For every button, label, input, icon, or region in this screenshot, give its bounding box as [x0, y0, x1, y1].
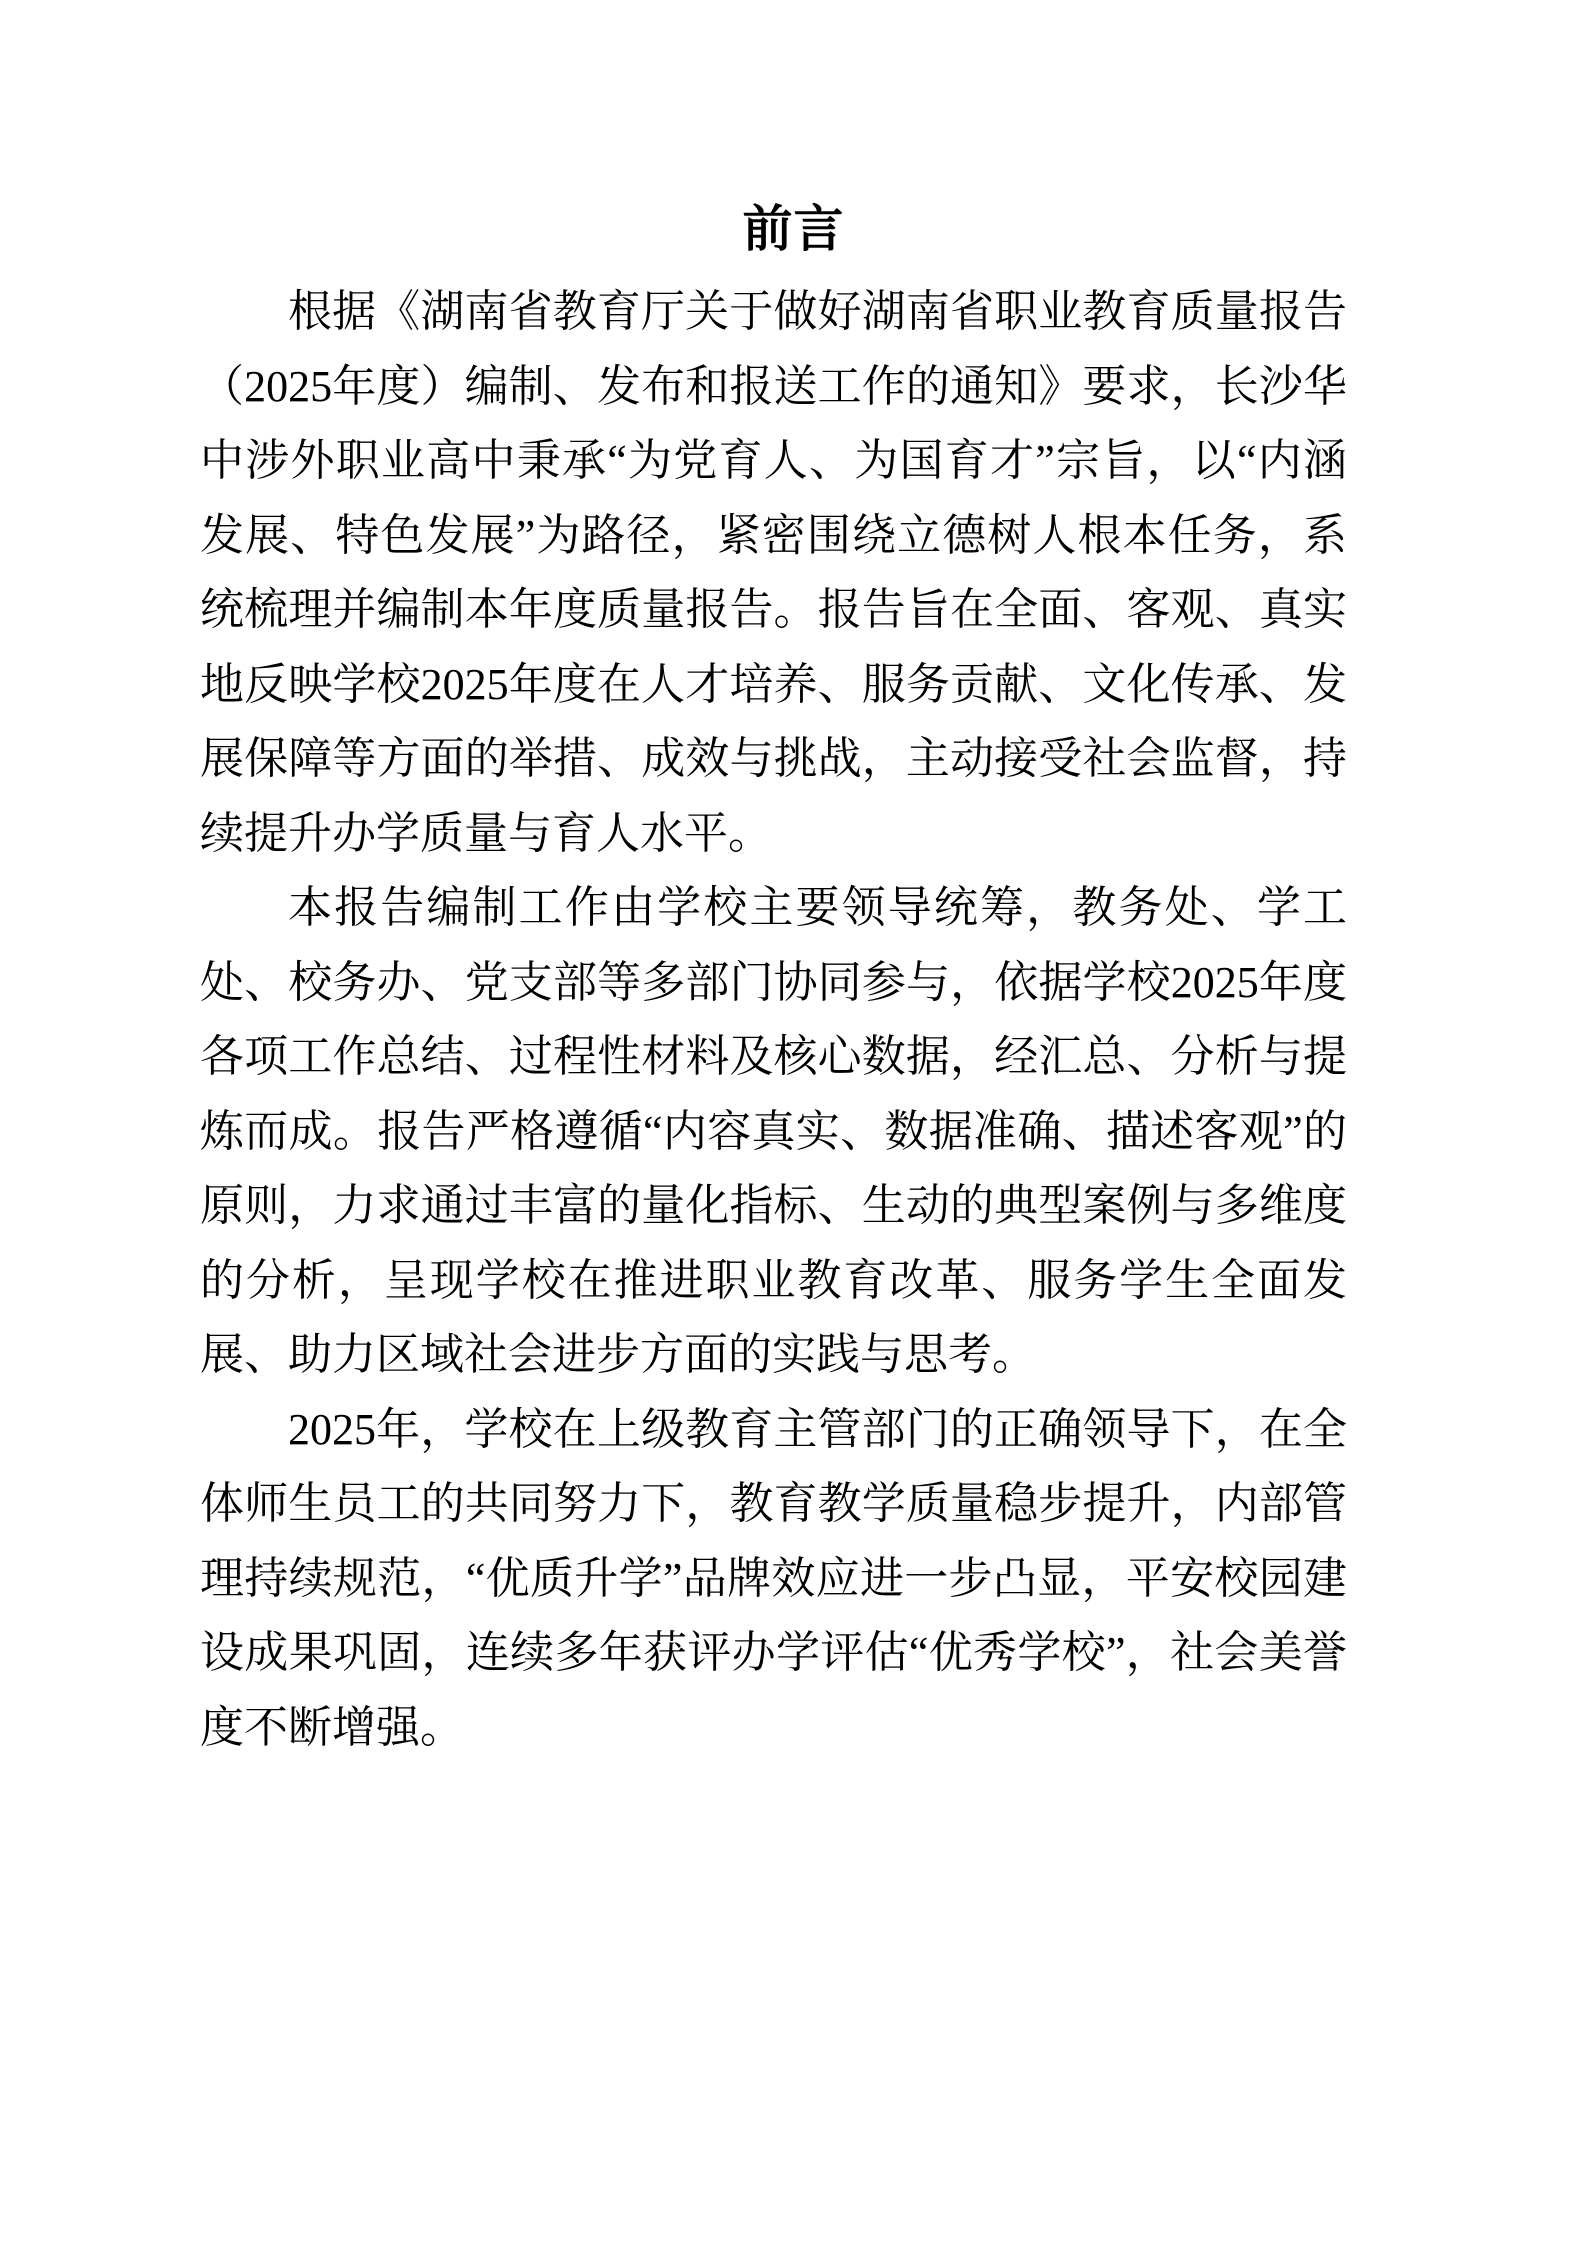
page-title: 前言 [0, 0, 1587, 259]
paragraph-2: 本报告编制工作由学校主要领导统筹，教务处、学工处、校务办、党支部等多部门协同参与… [200, 871, 1347, 1393]
paragraph-1: 根据《湖南省教育厅关于做好湖南省职业教育质量报告（2025年度）编制、发布和报送… [200, 275, 1347, 871]
document-page: 前言 根据《湖南省教育厅关于做好湖南省职业教育质量报告（2025年度）编制、发布… [0, 0, 1587, 2245]
paragraph-3: 2025年，学校在上级教育主管部门的正确领导下，在全体师生员工的共同努力下，教育… [200, 1393, 1347, 1766]
document-body: 根据《湖南省教育厅关于做好湖南省职业教育质量报告（2025年度）编制、发布和报送… [200, 275, 1347, 1765]
